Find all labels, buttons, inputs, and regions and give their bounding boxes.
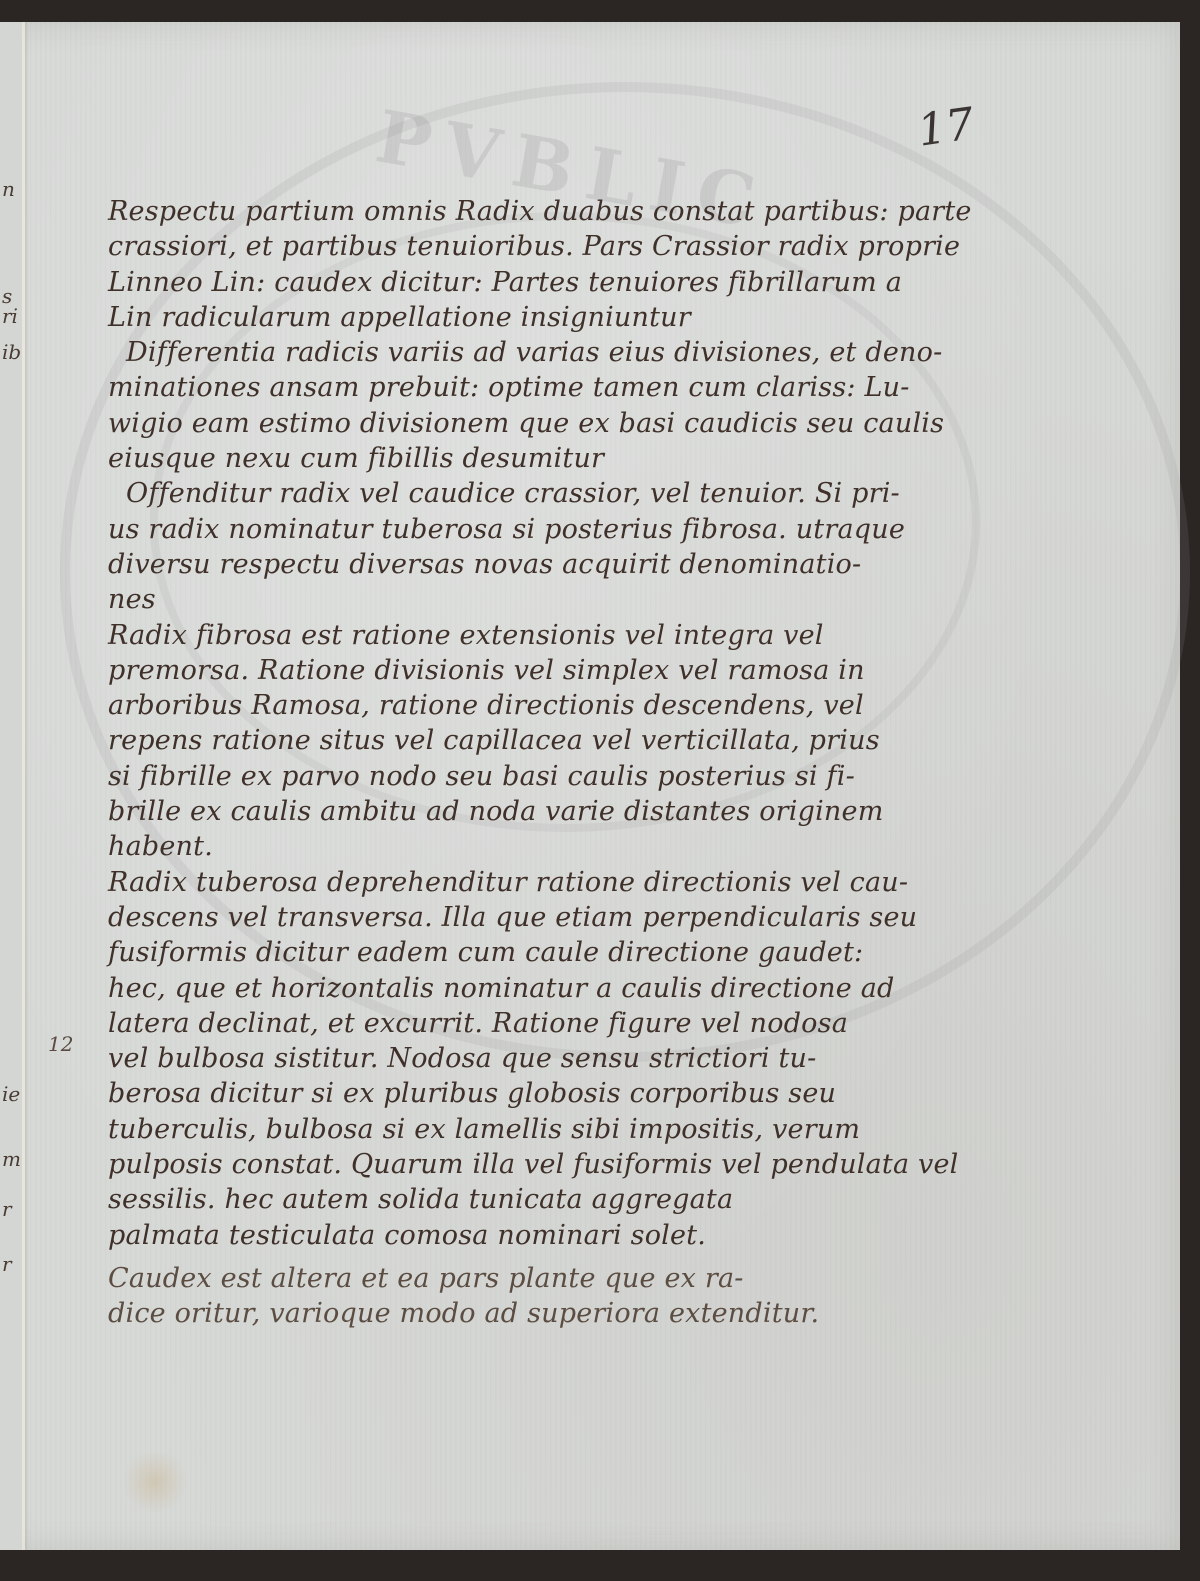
text-line: wigio eam estimo divisionem que ex basi … xyxy=(108,406,1170,441)
page-fold xyxy=(22,22,25,1550)
facing-page-fragment: r xyxy=(2,1197,12,1221)
margin-number: 12 xyxy=(48,1032,73,1056)
manuscript-page: n s ri ib ie m r r PVBLIC 17 12 Respectu… xyxy=(0,22,1180,1550)
scan-frame: n s ri ib ie m r r PVBLIC 17 12 Respectu… xyxy=(0,0,1200,1581)
text-line: Caudex est altera et ea pars plante que … xyxy=(108,1261,1170,1296)
text-line: si fibrille ex parvo nodo seu basi cauli… xyxy=(108,759,1170,794)
text-line: fusiformis dicitur eadem cum caule direc… xyxy=(108,935,1170,970)
text-line: latera declinat, et excurrit. Ratione fi… xyxy=(108,1006,1170,1041)
facing-page-fragment: ri xyxy=(2,304,18,328)
text-line: Lin radicularum appellatione insigniuntu… xyxy=(108,300,1170,335)
text-line: nes xyxy=(108,582,1170,617)
text-line: Radix tuberosa deprehenditur ratione dir… xyxy=(108,865,1170,900)
text-line: berosa dicitur si ex pluribus globosis c… xyxy=(108,1076,1170,1111)
facing-page-fragment: m xyxy=(2,1147,21,1171)
text-line: us radix nominatur tuberosa si posterius… xyxy=(108,512,1170,547)
text-line: Respectu partium omnis Radix duabus cons… xyxy=(108,194,1170,229)
facing-page-fragment: ib xyxy=(2,340,21,364)
text-line: pulposis constat. Quarum illa vel fusifo… xyxy=(108,1147,1170,1182)
facing-page-edge xyxy=(0,22,22,1550)
paper-stain xyxy=(120,1452,190,1512)
text-line: dice oritur, varioque modo ad superiora … xyxy=(108,1296,1170,1331)
text-line: crassiori, et partibus tenuioribus. Pars… xyxy=(108,229,1170,264)
text-line: palmata testiculata comosa nominari sole… xyxy=(108,1218,1170,1253)
text-line: habent. xyxy=(108,829,1170,864)
text-line: descens vel transversa. Illa que etiam p… xyxy=(108,900,1170,935)
text-line: Linneo Lin: caudex dicitur: Partes tenui… xyxy=(108,265,1170,300)
folio-number: 17 xyxy=(915,98,978,156)
text-line: arboribus Ramosa, ratione directionis de… xyxy=(108,688,1170,723)
text-line: Offenditur radix vel caudice crassior, v… xyxy=(108,476,1170,511)
text-line: minationes ansam prebuit: optime tamen c… xyxy=(108,370,1170,405)
facing-page-fragment: r xyxy=(2,1252,12,1276)
text-line: diversu respectu diversas novas acquirit… xyxy=(108,547,1170,582)
text-line: sessilis. hec autem solida tunicata aggr… xyxy=(108,1182,1170,1217)
text-line: tuberculis, bulbosa si ex lamellis sibi … xyxy=(108,1112,1170,1147)
facing-page-fragment: ie xyxy=(2,1082,20,1106)
manuscript-text: Respectu partium omnis Radix duabus cons… xyxy=(108,194,1170,1332)
text-line: hec, que et horizontalis nominatur a cau… xyxy=(108,971,1170,1006)
text-line: repens ratione situs vel capillacea vel … xyxy=(108,723,1170,758)
text-line: Differentia radicis variis ad varias eiu… xyxy=(108,335,1170,370)
facing-page-fragment: n xyxy=(2,177,15,201)
text-line: Radix fibrosa est ratione extensionis ve… xyxy=(108,618,1170,653)
text-line: premorsa. Ratione divisionis vel simplex… xyxy=(108,653,1170,688)
text-line: brille ex caulis ambitu ad noda varie di… xyxy=(108,794,1170,829)
text-line: eiusque nexu cum fibillis desumitur xyxy=(108,441,1170,476)
text-line: vel bulbosa sistitur. Nodosa que sensu s… xyxy=(108,1041,1170,1076)
